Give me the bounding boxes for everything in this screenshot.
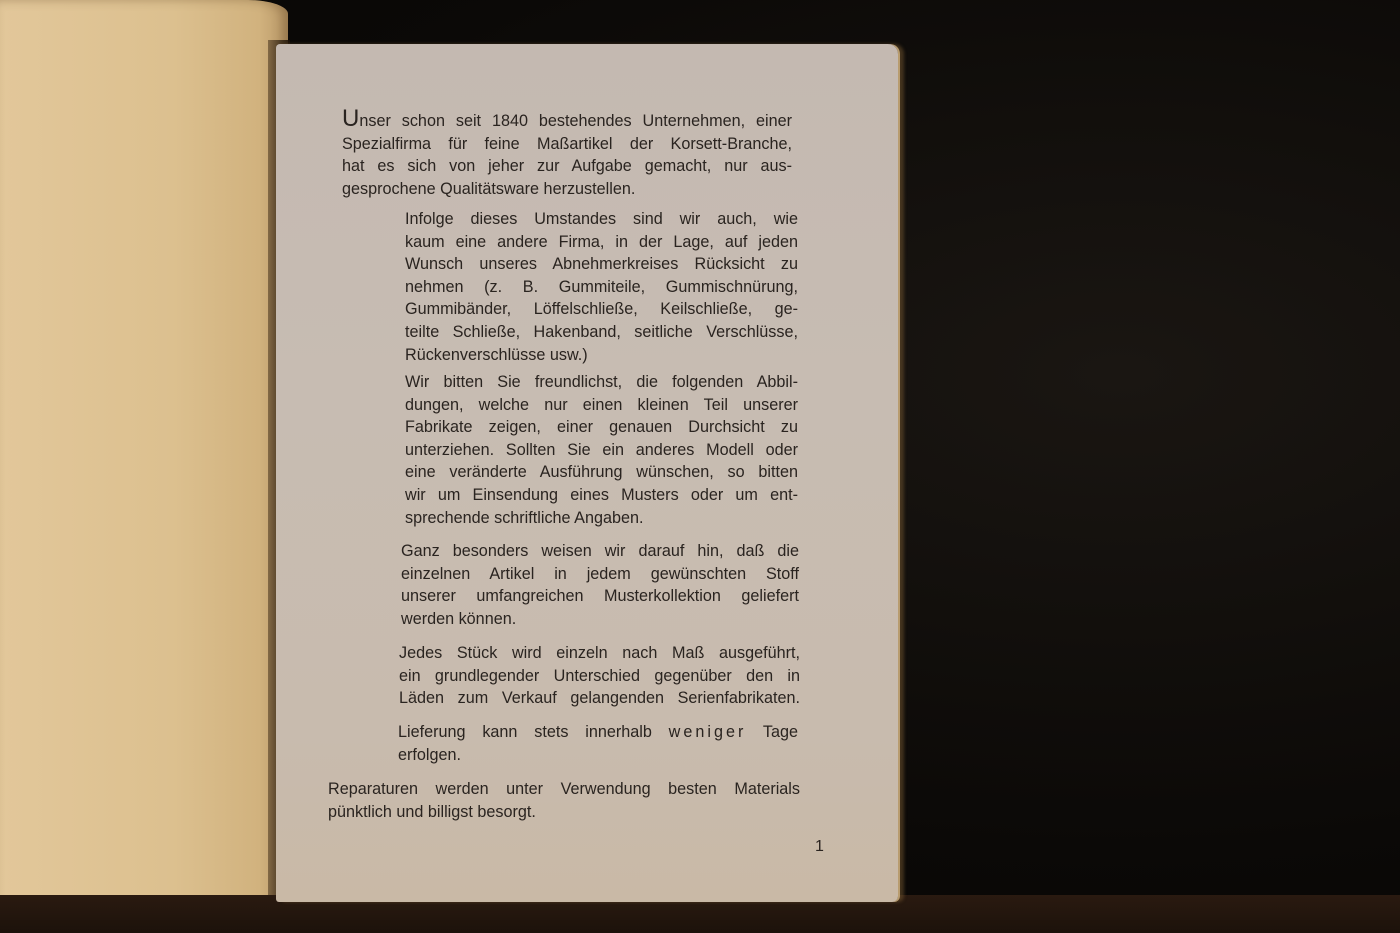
page-number: 1: [815, 838, 824, 856]
paragraph-delivery: Lieferung kann stets innerhalb weniger T…: [398, 721, 798, 766]
left-page: [0, 0, 288, 915]
paragraph-illustrations: Wir bitten Sie freundlichst, die folgend…: [405, 371, 798, 529]
paragraph-intro: Unser schon seit 1840 bestehendes Untern…: [342, 110, 792, 200]
dropcap: U: [342, 105, 359, 132]
paragraph-custom-requests: Infolge dieses Umstandes sind wir auch, …: [405, 208, 798, 366]
paragraph-made-to-measure: Jedes Stück wird einzeln nach Maß ausgef…: [399, 642, 800, 710]
paragraph-repairs: Reparaturen werden unter Verwendung best…: [328, 778, 800, 823]
paragraph-fabrics: Ganz besonders weisen wir darauf hin, da…: [401, 540, 799, 630]
